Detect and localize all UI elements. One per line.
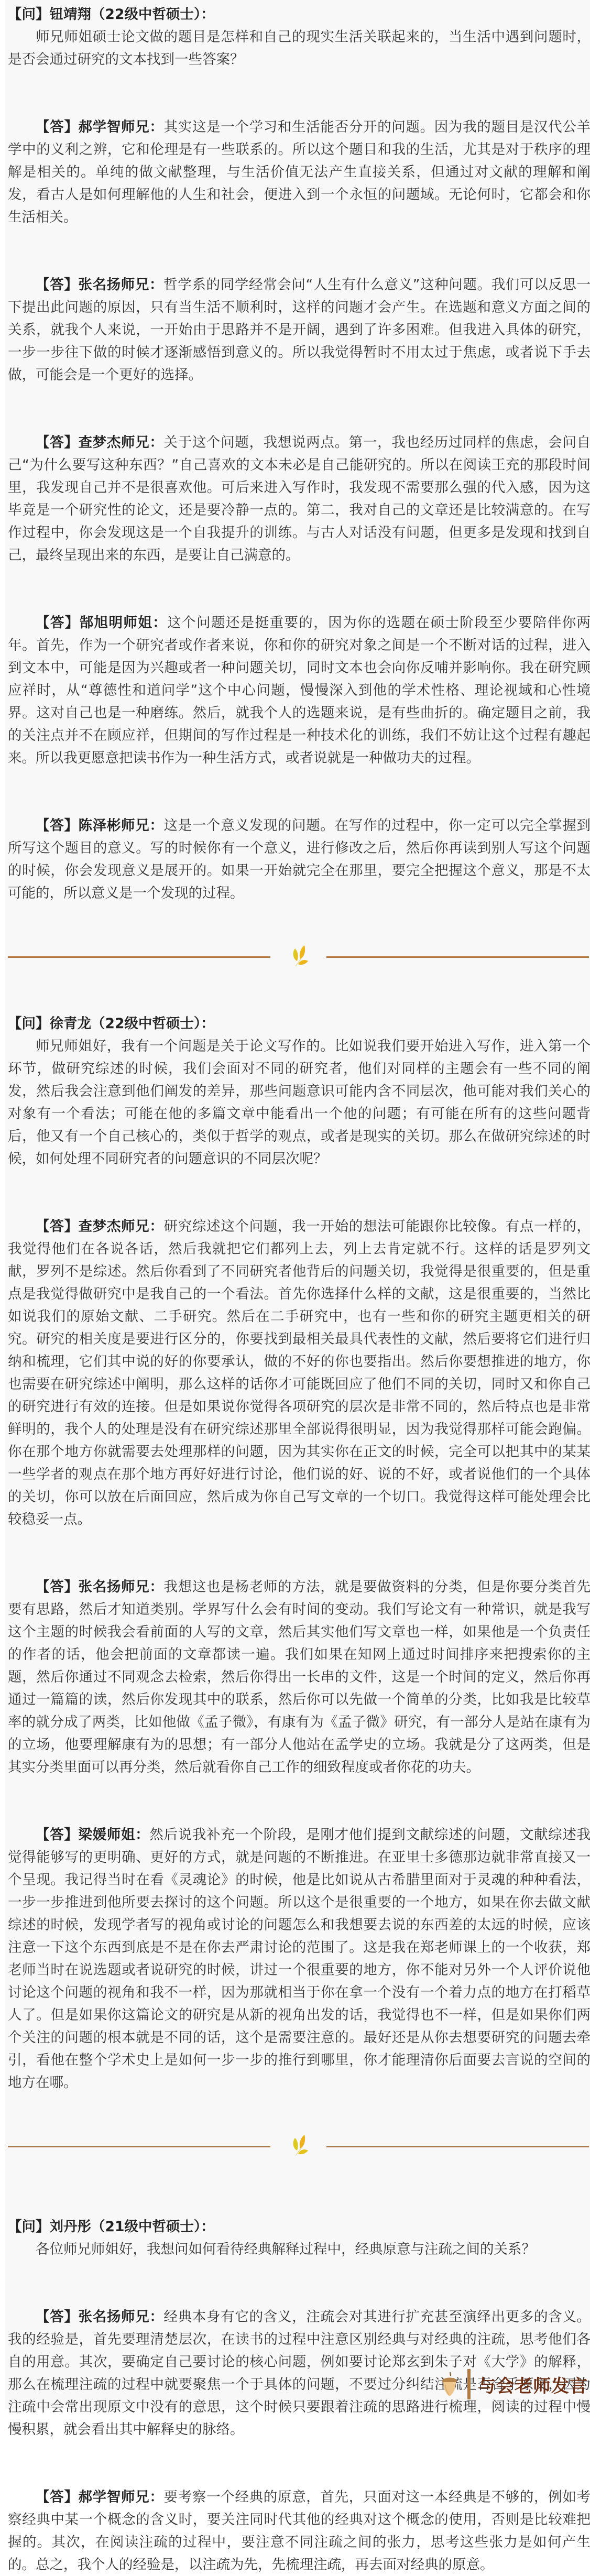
answer-speaker: 【答】郝学智师兄： <box>36 119 164 135</box>
divider-line <box>8 2146 270 2147</box>
answer-speaker: 【答】梁媛师姐： <box>36 1827 149 1843</box>
answer-paragraph: 【答】郜旭明师姐：这个问题还是挺重要的，因为你的选题在硕士阶段至少要陪伴你两年。… <box>8 612 590 769</box>
article-page: 【问】钮靖翔（22级中哲硕士）： 师兄师姐硕士论文做的题目是怎样和自己的现实生活… <box>5 0 590 2409</box>
answer-speaker: 【答】查梦杰师兄： <box>36 434 164 451</box>
qa-section-2: 【问】徐青龙（22级中哲硕士）： 师兄师姐好，我有一个问题是关于论文写作的。比如… <box>8 1009 590 2094</box>
question-header: 【问】徐青龙（22级中哲硕士）： <box>8 1009 590 1035</box>
answer-paragraph: 【答】查梦杰师兄：关于这个问题，我想说两点。第一，我也经历过同样的焦虑，会问自己… <box>8 431 590 566</box>
section-title-badge: 与会老师发言 <box>440 2368 588 2400</box>
answer-paragraph: 【答】张名扬师兄：我想这也是杨老师的方法，就是要做资料的分类，但是你要分类首先要… <box>8 1576 590 1778</box>
divider-line <box>326 2146 589 2147</box>
leaf-icon <box>286 943 312 969</box>
question-header: 【问】刘丹彤（21级中哲硕士）： <box>8 2212 590 2238</box>
answer-speaker: 【答】陈泽彬师兄： <box>36 817 164 834</box>
answer-paragraph: 【答】陈泽彬师兄：这是一个意义发现的问题。在写作的过程中，你一定可以完全掌握到所… <box>8 814 590 904</box>
divider-line <box>8 956 270 958</box>
article-content[interactable]: 【问】钮靖翔（22级中哲硕士）： 师兄师姐硕士论文做的题目是怎样和自己的现实生活… <box>8 0 590 2409</box>
acorn-icon <box>440 2371 459 2397</box>
question-body: 师兄师姐硕士论文做的题目是怎样和自己的现实生活关联起来的，当生活中遇到问题时，是… <box>8 26 590 71</box>
question-body: 各位师兄师姐好，我想问如何看待经典解释过程中，经典原意与注疏之间的关系？ <box>8 2238 590 2261</box>
answer-paragraph: 【答】张名扬师兄：哲学系的同学经常会问“人生有什么意义”这种问题。我们可以反思一… <box>8 274 590 386</box>
answer-text: 我想这也是杨老师的方法，就是要做资料的分类，但是你要分类首先要有思路，然后才知道… <box>8 1579 590 1775</box>
section-divider <box>8 936 590 978</box>
answer-speaker: 【答】张名扬师兄： <box>36 2309 164 2325</box>
answer-paragraph: 【答】查梦杰师兄：研究综述这个问题，我一开始的想法可能跟你比较像。有点一样的，我… <box>8 1215 590 1531</box>
answer-speaker: 【答】张名扬师兄： <box>36 277 163 293</box>
badge-divider-bar <box>467 2369 471 2399</box>
answer-text: 然后说我补充一个阶段，是刚才他们提到文献综述的问题，文献综述我觉得能够写的更明确… <box>8 1827 590 2091</box>
answer-text: 关于这个问题，我想说两点。第一，我也经历过同样的焦虑，会问自己“为什么要写这种东… <box>8 434 590 563</box>
answer-text: 这个问题还是挺重要的，因为你的选题在硕士阶段至少要陪伴你两年。首先，作为一个研究… <box>8 615 590 766</box>
answer-speaker: 【答】张名扬师兄： <box>36 1579 164 1595</box>
question-header: 【问】钮靖翔（22级中哲硕士）： <box>8 0 590 26</box>
divider-line <box>326 956 589 958</box>
answer-speaker: 【答】查梦杰师兄： <box>36 1218 164 1235</box>
answer-paragraph: 【答】郝学智师兄：其实这是一个学习和生活能否分开的问题。因为我的题目是汉代公羊学… <box>8 116 590 228</box>
qa-section-1: 【问】钮靖翔（22级中哲硕士）： 师兄师姐硕士论文做的题目是怎样和自己的现实生活… <box>8 0 590 904</box>
answer-speaker: 【答】郜旭明师姐： <box>36 615 167 631</box>
answer-paragraph: 【答】梁媛师姐：然后说我补充一个阶段，是刚才他们提到文献综述的问题，文献综述我觉… <box>8 1824 590 2094</box>
answer-text: 研究综述这个问题，我一开始的想法可能跟你比较像。有点一样的，我觉得他们在各说各话… <box>8 1218 590 1527</box>
section-divider <box>8 2125 590 2167</box>
badge-label: 与会老师发言 <box>478 2372 588 2397</box>
question-body: 师兄师姐好，我有一个问题是关于论文写作的。比如说我们要开始进入写作，进入第一个环… <box>8 1035 590 1170</box>
leaf-icon <box>286 2133 312 2159</box>
